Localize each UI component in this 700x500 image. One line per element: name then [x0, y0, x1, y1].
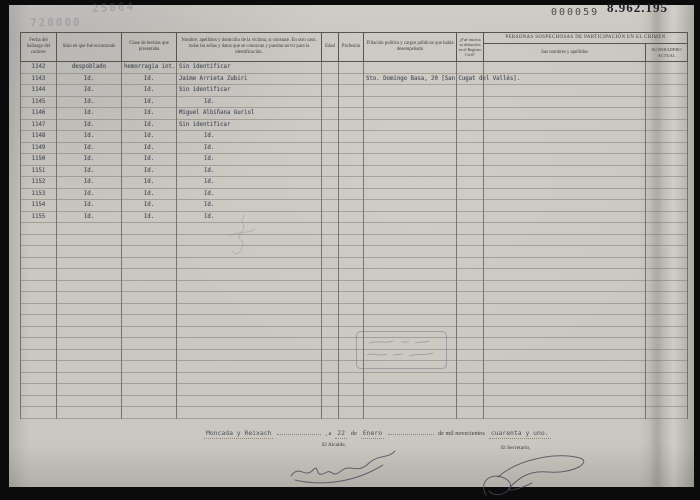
- cell-filiacion: [364, 62, 457, 74]
- cell-nombres: [484, 280, 646, 292]
- cell-heridas: [122, 338, 177, 350]
- cell-heridas: Id.: [122, 85, 177, 97]
- cell-profesion: [339, 119, 364, 131]
- cell-filiacion: [364, 280, 457, 292]
- cell-registro: [457, 62, 484, 74]
- cell-heridas: [122, 372, 177, 384]
- cell-paradero: [646, 338, 688, 350]
- cell-sitio: [57, 315, 122, 327]
- cell-profesion: [339, 407, 364, 419]
- cell-profesion: [339, 108, 364, 120]
- cell-heridas: Id.: [122, 142, 177, 154]
- cell-nombres: [484, 96, 646, 108]
- cell-nombre: Id.: [177, 165, 322, 177]
- cell-nombre: Sin identificar: [177, 119, 322, 131]
- cell-nombre: [177, 361, 322, 373]
- cell-edad: [322, 349, 339, 361]
- table-row: [21, 292, 688, 304]
- cell-sitio: [57, 303, 122, 315]
- cell-sitio: [57, 395, 122, 407]
- cell-paradero: [646, 269, 688, 281]
- cell-sitio: [57, 280, 122, 292]
- cell-profesion: [339, 234, 364, 246]
- table-row: [21, 372, 688, 384]
- cell-filiacion: [364, 119, 457, 131]
- table-row: [21, 315, 688, 327]
- cell-paradero: [646, 96, 688, 108]
- faint-stamp-upper: 25064: [92, 0, 136, 15]
- cell-num: 1146: [21, 108, 57, 120]
- cell-num: [21, 349, 57, 361]
- cell-num: [21, 292, 57, 304]
- cell-heridas: [122, 223, 177, 235]
- cell-num: 1143: [21, 73, 57, 85]
- cell-nombre: [177, 407, 322, 419]
- cell-registro: [457, 154, 484, 166]
- cell-nombre: Id.: [177, 142, 322, 154]
- cell-sitio: Id.: [57, 85, 122, 97]
- cell-heridas: Id.: [122, 131, 177, 143]
- cell-filiacion: [364, 200, 457, 212]
- cell-paradero: [646, 62, 688, 74]
- cell-sitio: [57, 223, 122, 235]
- cell-num: [21, 280, 57, 292]
- faint-stamp-lower: 720000: [30, 16, 82, 30]
- cell-filiacion: [364, 372, 457, 384]
- cell-nombre: [177, 338, 322, 350]
- faint-stamp-box: [356, 331, 447, 369]
- cell-sitio: [57, 384, 122, 396]
- cell-nombre: Miguel Albiñana Guriol: [177, 108, 322, 120]
- cell-sitio: [57, 269, 122, 281]
- table-row: 1146Id.Id.Miguel Albiñana Guriol: [21, 108, 688, 120]
- cell-edad: [322, 188, 339, 200]
- cell-sitio: [57, 246, 122, 258]
- cell-paradero: [646, 280, 688, 292]
- cell-nombres: [484, 246, 646, 258]
- cell-edad: [322, 303, 339, 315]
- cell-paradero: [646, 407, 688, 419]
- cell-num: [21, 257, 57, 269]
- cell-registro: [457, 361, 484, 373]
- cell-nombre: Id.: [177, 200, 322, 212]
- pencil-mark: [221, 211, 263, 259]
- paper-sheet: Fecha del hallazgo del cadáver Sitio en …: [9, 5, 694, 487]
- table-row: 1150Id.Id.Id.: [21, 154, 688, 166]
- cell-profesion: [339, 384, 364, 396]
- cell-heridas: [122, 384, 177, 396]
- cell-paradero: [646, 395, 688, 407]
- cell-registro: [457, 395, 484, 407]
- cell-num: [21, 338, 57, 350]
- cell-paradero: [646, 165, 688, 177]
- table-row: 1143Id.Id.Jaime Arrieta ZubiriSto. Domin…: [21, 73, 688, 85]
- cell-paradero: [646, 211, 688, 223]
- cell-profesion: [339, 372, 364, 384]
- cell-paradero: [646, 73, 688, 85]
- cell-nombres: [484, 223, 646, 235]
- cell-nombres: [484, 188, 646, 200]
- cell-profesion: [339, 269, 364, 281]
- cell-filiacion: [364, 177, 457, 189]
- cell-edad: [322, 96, 339, 108]
- cell-paradero: [646, 108, 688, 120]
- cell-edad: [322, 257, 339, 269]
- cell-heridas: Id.: [122, 119, 177, 131]
- cell-num: 1147: [21, 119, 57, 131]
- cell-nombres: [484, 349, 646, 361]
- cell-sitio: [57, 326, 122, 338]
- cell-profesion: [339, 73, 364, 85]
- a-label: , a: [325, 430, 331, 437]
- table-row: [21, 326, 688, 338]
- cell-nombre: Id.: [177, 177, 322, 189]
- cell-edad: [322, 108, 339, 120]
- scanned-registry-document: Fecha del hallazgo del cadáver Sitio en …: [0, 0, 700, 500]
- cell-heridas: [122, 326, 177, 338]
- cell-heridas: Id.: [122, 96, 177, 108]
- cell-sitio: Id.: [57, 96, 122, 108]
- cell-registro: [457, 211, 484, 223]
- cell-nombres: [484, 154, 646, 166]
- cell-sitio: [57, 257, 122, 269]
- cell-edad: [322, 384, 339, 396]
- cell-heridas: [122, 315, 177, 327]
- cell-edad: [322, 315, 339, 327]
- table-row: 1155Id.Id.Id.: [21, 211, 688, 223]
- de-mil-label: de mil novecientos: [438, 430, 485, 437]
- cell-edad: [322, 395, 339, 407]
- cell-filiacion: [364, 154, 457, 166]
- cell-num: [21, 315, 57, 327]
- cell-profesion: [339, 200, 364, 212]
- cell-profesion: [339, 62, 364, 74]
- cell-num: 1145: [21, 96, 57, 108]
- cell-num: 1144: [21, 85, 57, 97]
- header-edad: Edad: [322, 33, 339, 62]
- table-row: 1142despobladohemorragia int.Sin identif…: [21, 62, 688, 74]
- cell-heridas: [122, 292, 177, 304]
- table-row: [21, 384, 688, 396]
- header-profesion: Profesión: [339, 33, 364, 62]
- cell-edad: [322, 154, 339, 166]
- header-sospechosas-group: PERSONAS SOSPECHOSAS DE PARTICIPACIÓN EN…: [484, 33, 688, 44]
- cell-paradero: [646, 177, 688, 189]
- cell-profesion: [339, 315, 364, 327]
- cell-profesion: [339, 165, 364, 177]
- table-row: [21, 234, 688, 246]
- cell-nombres: [484, 361, 646, 373]
- cell-nombres: [484, 384, 646, 396]
- cell-sitio: [57, 407, 122, 419]
- cell-filiacion: [364, 269, 457, 281]
- cell-nombres: [484, 326, 646, 338]
- cell-nombre: [177, 315, 322, 327]
- cell-paradero: [646, 384, 688, 396]
- cell-paradero: [646, 200, 688, 212]
- cell-edad: [322, 165, 339, 177]
- cell-paradero: [646, 85, 688, 97]
- cell-nombre: [177, 303, 322, 315]
- cell-heridas: Id.: [122, 154, 177, 166]
- cell-num: 1149: [21, 142, 57, 154]
- table-row: [21, 223, 688, 235]
- cell-edad: [322, 85, 339, 97]
- cell-edad: [322, 177, 339, 189]
- cell-nombre: [177, 280, 322, 292]
- cell-registro: [457, 142, 484, 154]
- cell-num: [21, 407, 57, 419]
- cell-filiacion: [364, 292, 457, 304]
- cell-paradero: [646, 349, 688, 361]
- cell-filiacion: [364, 257, 457, 269]
- cell-nombre: Sin identificar: [177, 85, 322, 97]
- dotted-leader: [277, 428, 321, 435]
- cell-registro: [457, 303, 484, 315]
- cell-registro: [457, 326, 484, 338]
- cell-profesion: [339, 131, 364, 143]
- cell-sitio: Id.: [57, 177, 122, 189]
- cell-heridas: [122, 234, 177, 246]
- cell-nombre: [177, 395, 322, 407]
- cell-filiacion: [364, 165, 457, 177]
- table-row: [21, 407, 688, 419]
- cell-filiacion: [364, 315, 457, 327]
- cell-registro: [457, 234, 484, 246]
- cell-filiacion: [364, 131, 457, 143]
- cell-paradero: [646, 257, 688, 269]
- cell-num: 1151: [21, 165, 57, 177]
- cell-paradero: [646, 188, 688, 200]
- cell-edad: [322, 211, 339, 223]
- table-row: [21, 338, 688, 350]
- cell-edad: [322, 361, 339, 373]
- cell-edad: [322, 234, 339, 246]
- cell-num: 1155: [21, 211, 57, 223]
- cell-profesion: [339, 142, 364, 154]
- cell-edad: [322, 372, 339, 384]
- cell-num: [21, 234, 57, 246]
- cell-heridas: Id.: [122, 200, 177, 212]
- cell-filiacion: Sto. Domingo Basa, 20 [San Cugat del Val…: [364, 73, 457, 85]
- registry-table: Fecha del hallazgo del cadáver Sitio en …: [20, 32, 688, 419]
- cell-filiacion: [364, 188, 457, 200]
- cell-filiacion: [364, 384, 457, 396]
- cell-paradero: [646, 372, 688, 384]
- cell-sitio: Id.: [57, 211, 122, 223]
- header-registro: ¿Fué inscrita su defunción en el Registr…: [457, 33, 484, 62]
- cell-sitio: Id.: [57, 188, 122, 200]
- cell-sitio: [57, 349, 122, 361]
- cell-profesion: [339, 177, 364, 189]
- cell-heridas: Id.: [122, 177, 177, 189]
- cell-sitio: Id.: [57, 142, 122, 154]
- cell-edad: [322, 200, 339, 212]
- table-row: [21, 246, 688, 258]
- cell-paradero: [646, 303, 688, 315]
- cell-paradero: [646, 246, 688, 258]
- cell-sitio: Id.: [57, 108, 122, 120]
- de-label: de: [351, 430, 357, 437]
- cell-num: 1153: [21, 188, 57, 200]
- cell-heridas: Id.: [122, 211, 177, 223]
- secretario-signature: [476, 449, 600, 500]
- cell-paradero: [646, 154, 688, 166]
- cell-nombre: [177, 326, 322, 338]
- cell-filiacion: [364, 407, 457, 419]
- cell-heridas: hemorragia int.: [122, 62, 177, 74]
- cell-sitio: [57, 234, 122, 246]
- cell-nombres: [484, 211, 646, 223]
- cell-num: 1148: [21, 131, 57, 143]
- cell-paradero: [646, 234, 688, 246]
- cell-nombres: [484, 407, 646, 419]
- cell-registro: [457, 338, 484, 350]
- cell-heridas: [122, 407, 177, 419]
- cell-edad: [322, 223, 339, 235]
- cell-nombre: [177, 269, 322, 281]
- cell-filiacion: [364, 211, 457, 223]
- cell-num: [21, 361, 57, 373]
- cell-num: [21, 372, 57, 384]
- cell-sitio: despoblado: [57, 62, 122, 74]
- header-fecha: Fecha del hallazgo del cadáver: [21, 33, 57, 62]
- page-stamp-number: 000059: [551, 7, 599, 18]
- cell-heridas: [122, 361, 177, 373]
- cell-num: 1152: [21, 177, 57, 189]
- cell-edad: [322, 407, 339, 419]
- cell-profesion: [339, 395, 364, 407]
- cell-heridas: Id.: [122, 73, 177, 85]
- cell-nombres: [484, 303, 646, 315]
- table-row: [21, 349, 688, 361]
- cell-num: [21, 384, 57, 396]
- cell-filiacion: [364, 223, 457, 235]
- cell-profesion: [339, 85, 364, 97]
- header-filiacion: Filiación política y cargos públicos que…: [364, 33, 457, 62]
- cell-sitio: Id.: [57, 131, 122, 143]
- cell-nombres: [484, 177, 646, 189]
- cell-nombre: Id.: [177, 154, 322, 166]
- cell-registro: [457, 280, 484, 292]
- cell-heridas: [122, 303, 177, 315]
- cell-heridas: [122, 257, 177, 269]
- header-nombres: Sus nombres y apellidos: [484, 44, 646, 62]
- cell-edad: [322, 119, 339, 131]
- cell-nombre: Id.: [177, 131, 322, 143]
- table-row: [21, 269, 688, 281]
- cell-nombres: [484, 131, 646, 143]
- cell-sitio: Id.: [57, 119, 122, 131]
- table-row: [21, 395, 688, 407]
- cell-sitio: [57, 292, 122, 304]
- alcalde-signature: [285, 446, 403, 488]
- cell-nombres: [484, 257, 646, 269]
- cell-nombre: Id.: [177, 96, 322, 108]
- table-row: 1147Id.Id.Sin identificar: [21, 119, 688, 131]
- cell-num: [21, 223, 57, 235]
- cell-registro: [457, 85, 484, 97]
- cell-profesion: [339, 211, 364, 223]
- cell-profesion: [339, 96, 364, 108]
- cell-sitio: [57, 372, 122, 384]
- cell-num: 1150: [21, 154, 57, 166]
- month-value: Enero: [361, 429, 384, 439]
- cell-profesion: [339, 257, 364, 269]
- cell-nombres: [484, 108, 646, 120]
- cell-edad: [322, 338, 339, 350]
- cell-edad: [322, 280, 339, 292]
- header-paradero: SU PARADERO ACTUAL: [646, 44, 688, 62]
- cell-paradero: [646, 315, 688, 327]
- table-row: 1149Id.Id.Id.: [21, 142, 688, 154]
- cell-num: 1142: [21, 62, 57, 74]
- cell-nombre: [177, 292, 322, 304]
- cell-heridas: [122, 246, 177, 258]
- cell-nombres: [484, 372, 646, 384]
- cell-nombres: [484, 200, 646, 212]
- cell-edad: [322, 142, 339, 154]
- cell-nombres: [484, 62, 646, 74]
- table-row: [21, 303, 688, 315]
- cell-heridas: [122, 280, 177, 292]
- table-row: [21, 361, 688, 373]
- cell-profesion: [339, 188, 364, 200]
- cell-nombres: [484, 269, 646, 281]
- cell-heridas: [122, 269, 177, 281]
- cell-nombres: [484, 234, 646, 246]
- cell-num: [21, 303, 57, 315]
- cell-sitio: [57, 338, 122, 350]
- cell-heridas: [122, 349, 177, 361]
- cell-filiacion: [364, 85, 457, 97]
- cell-registro: [457, 269, 484, 281]
- cell-nombres: [484, 292, 646, 304]
- cell-paradero: [646, 223, 688, 235]
- cell-nombres: [484, 315, 646, 327]
- cell-nombres: [484, 395, 646, 407]
- cell-filiacion: [364, 303, 457, 315]
- cell-registro: [457, 108, 484, 120]
- cell-num: [21, 395, 57, 407]
- place-value: Moncada y Reixach: [204, 429, 273, 439]
- cell-profesion: [339, 280, 364, 292]
- dotted-leader: [388, 428, 434, 435]
- cell-profesion: [339, 303, 364, 315]
- cell-paradero: [646, 142, 688, 154]
- cell-nombre: Id.: [177, 188, 322, 200]
- cell-registro: [457, 257, 484, 269]
- cell-sitio: [57, 361, 122, 373]
- header-heridas: Clase de heridas que presentaba: [122, 33, 177, 62]
- cell-registro: [457, 384, 484, 396]
- header-row-group: Fecha del hallazgo del cadáver Sitio en …: [21, 33, 688, 44]
- table-body: 1142despobladohemorragia int.Sin identif…: [21, 62, 688, 419]
- cell-nombre: [177, 384, 322, 396]
- cell-num: 1154: [21, 200, 57, 212]
- table-row: [21, 257, 688, 269]
- cell-paradero: [646, 119, 688, 131]
- cell-edad: [322, 62, 339, 74]
- cell-filiacion: [364, 142, 457, 154]
- table-row: 1151Id.Id.Id.: [21, 165, 688, 177]
- cell-nombres: [484, 85, 646, 97]
- table-row: 1154Id.Id.Id.: [21, 200, 688, 212]
- cell-edad: [322, 131, 339, 143]
- cell-heridas: [122, 395, 177, 407]
- day-value: 22: [335, 429, 347, 439]
- cell-registro: [457, 349, 484, 361]
